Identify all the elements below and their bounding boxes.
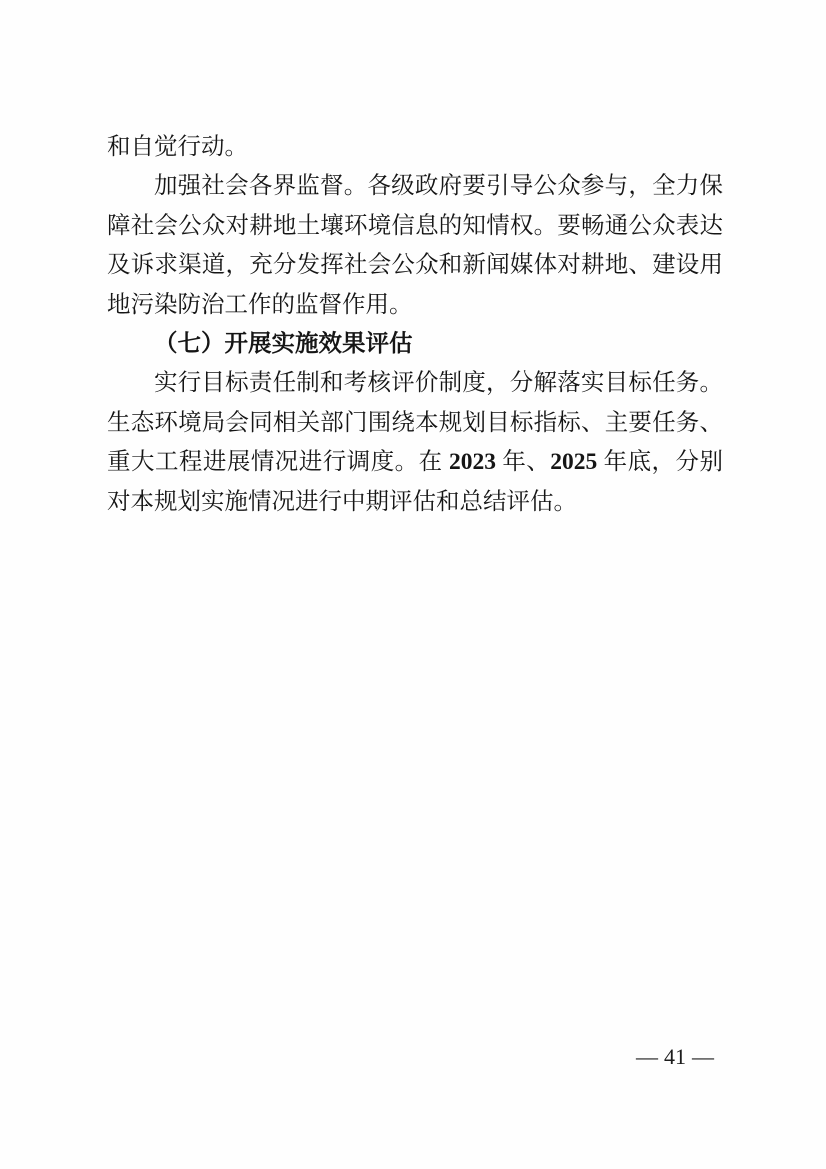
paragraph-line: 生态环境局会同相关部门围绕本规划目标指标、主要任务、 (107, 404, 723, 443)
paragraph-line: 加强社会各界监督。各级政府要引导公众参与，全力保 (107, 167, 723, 206)
paragraph-line: 对本规划实施情况进行中期评估和总结评估。 (107, 483, 723, 522)
paragraph-text-segment: 年底，分别 (597, 449, 723, 475)
page-footer: —41— (107, 1044, 720, 1070)
paragraph-line: 地污染防治工作的监督作用。 (107, 286, 723, 325)
paragraph-line: 和自觉行动。 (107, 128, 723, 167)
document-page: 和自觉行动。 加强社会各界监督。各级政府要引导公众参与，全力保 障社会公众对耕地… (0, 0, 826, 1169)
year-value: 2025 (550, 449, 597, 475)
page-number: 41 (664, 1044, 686, 1070)
paragraph-line: 及诉求渠道，充分发挥社会公众和新闻媒体对耕地、建设用 (107, 246, 723, 285)
footer-dash: — (636, 1044, 658, 1070)
paragraph-line: 实行目标责任制和考核评价制度，分解落实目标任务。 (107, 364, 723, 403)
paragraph-line: 障社会公众对耕地土壤环境信息的知情权。要畅通公众表达 (107, 207, 723, 246)
paragraph-text-segment: 重大工程进展情况进行调度。在 (107, 449, 449, 475)
paragraph-line: 重大工程进展情况进行调度。在 2023 年、2025 年底，分别 (107, 443, 723, 482)
footer-dash: — (692, 1044, 714, 1070)
paragraph-text-segment: 年、 (496, 449, 550, 475)
year-value: 2023 (449, 449, 496, 475)
document-body: 和自觉行动。 加强社会各界监督。各级政府要引导公众参与，全力保 障社会公众对耕地… (107, 128, 723, 522)
section-heading: （七）开展实施效果评估 (107, 325, 723, 364)
